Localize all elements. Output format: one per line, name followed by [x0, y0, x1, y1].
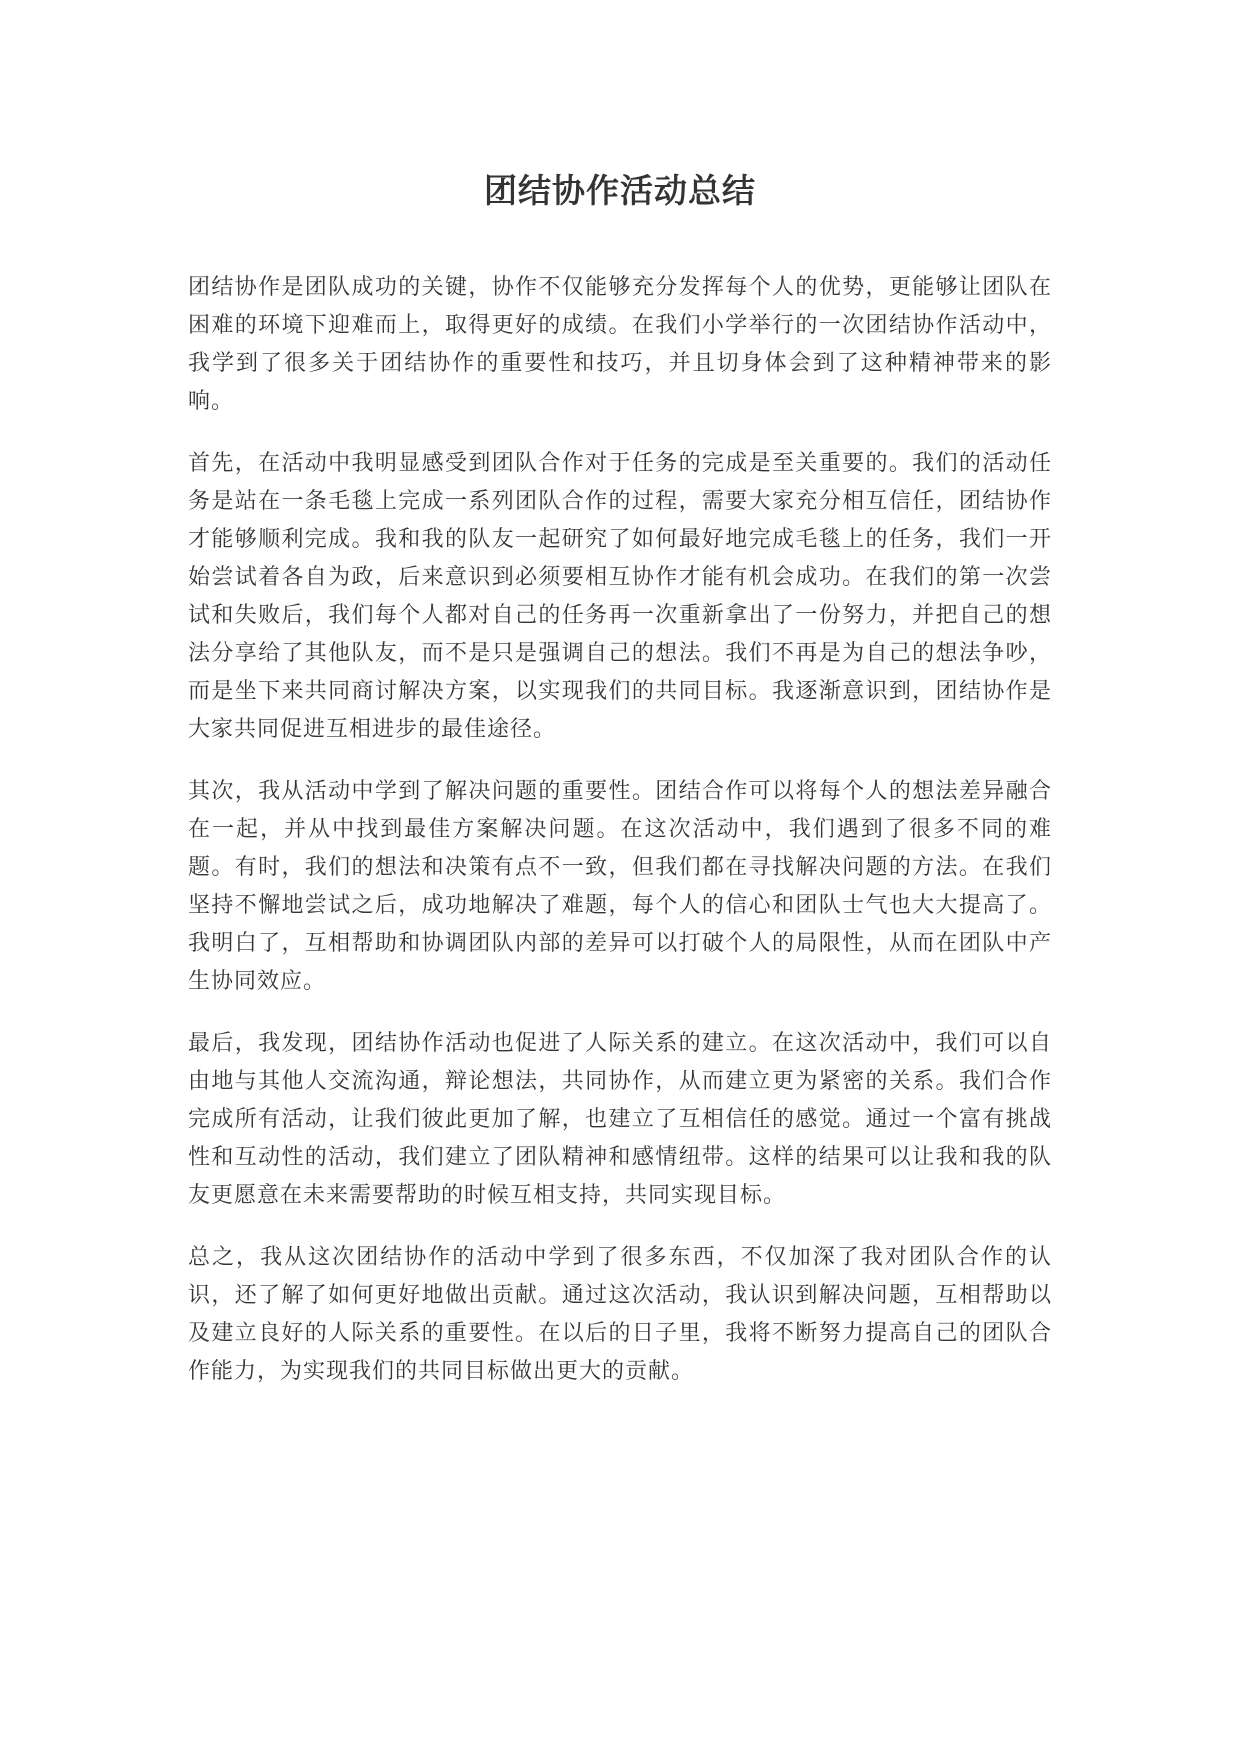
document-title: 团结协作活动总结 — [188, 168, 1052, 214]
paragraph-third-point: 最后，我发现，团结协作活动也促进了人际关系的建立。在这次活动中，我们可以自由地与… — [188, 1024, 1052, 1214]
document-background: { "document": { "title": "团结协作活动总结", "pa… — [0, 0, 1240, 1753]
paragraph-second-point: 其次，我从活动中学到了解决问题的重要性。团结合作可以将每个人的想法差异融合在一起… — [188, 772, 1052, 1000]
paragraph-conclusion: 总之，我从这次团结协作的活动中学到了很多东西，不仅加深了我对团队合作的认识，还了… — [188, 1238, 1052, 1390]
paragraph-intro: 团结协作是团队成功的关键，协作不仅能够充分发挥每个人的优势，更能够让团队在困难的… — [188, 268, 1052, 420]
document-page: 团结协作活动总结 团结协作是团队成功的关键，协作不仅能够充分发挥每个人的优势，更… — [188, 0, 1052, 1390]
paragraph-first-point: 首先，在活动中我明显感受到团队合作对于任务的完成是至关重要的。我们的活动任务是站… — [188, 444, 1052, 748]
